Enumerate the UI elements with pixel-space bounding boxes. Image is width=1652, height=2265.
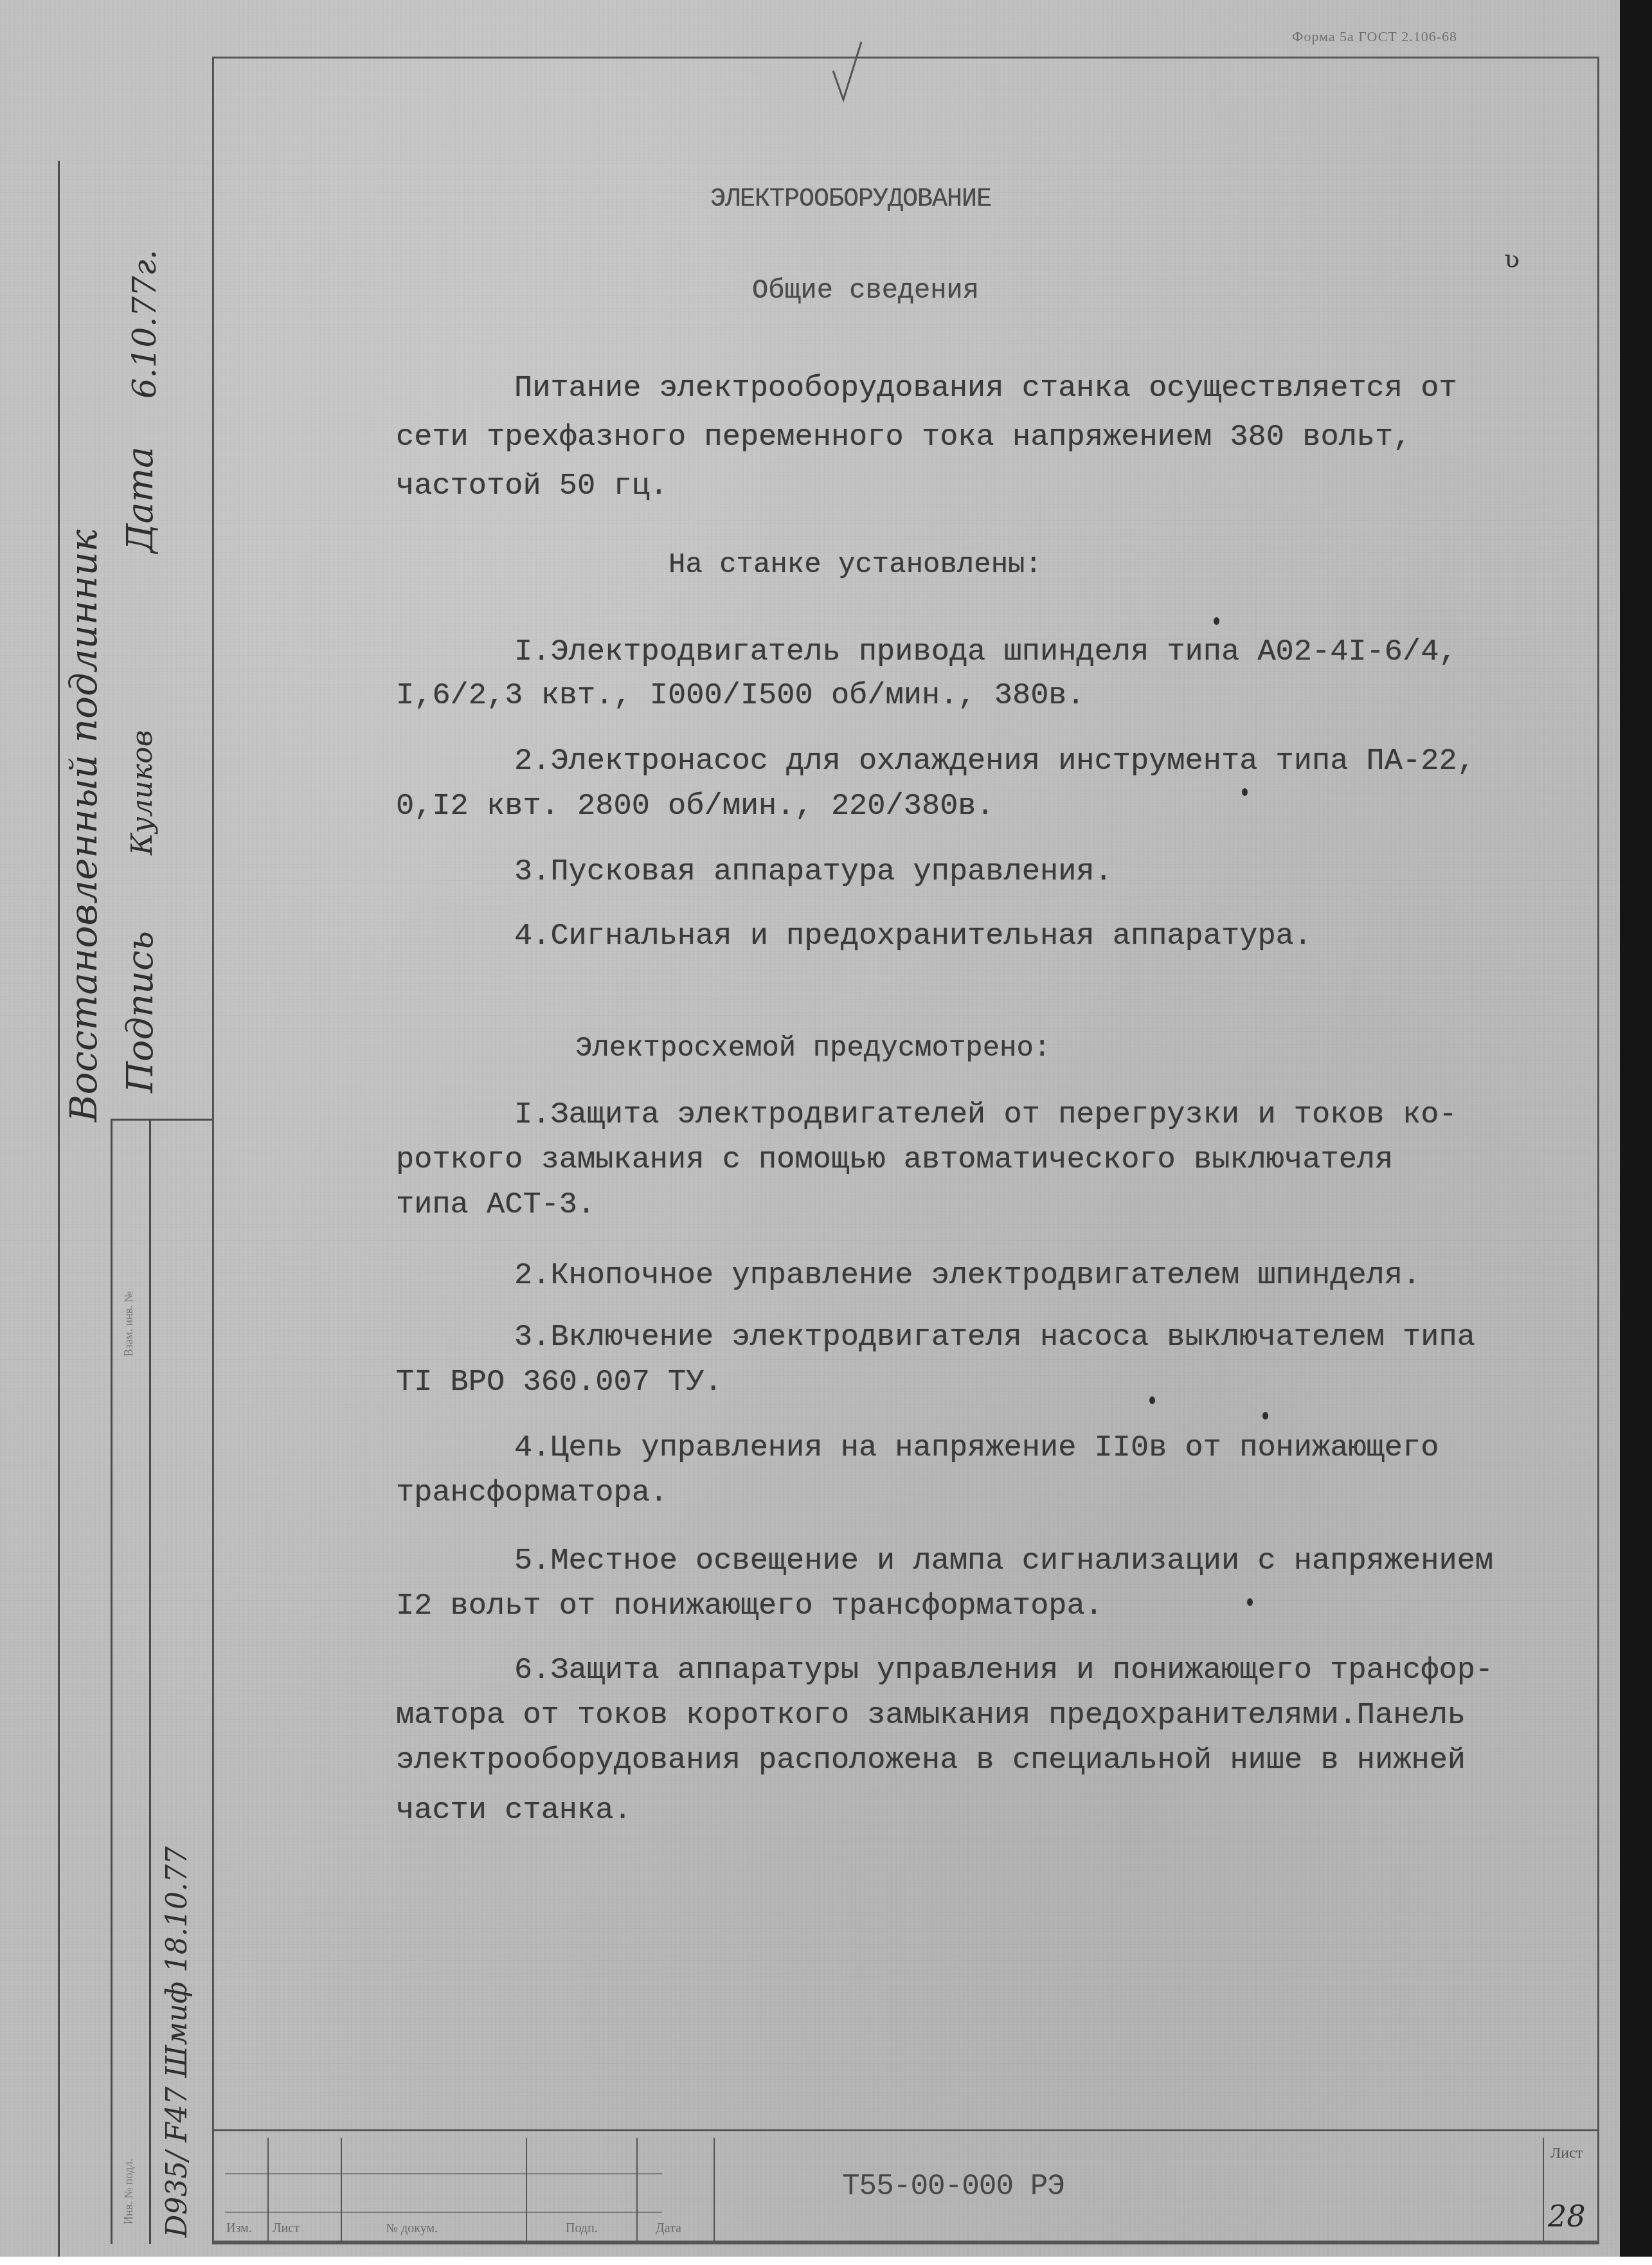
column-label-doc-number: № докум. — [386, 2221, 438, 2236]
scheme-item-4-line-1: 4.Цепь управления на напряжение II0в от … — [514, 1431, 1439, 1465]
inventory-signature: D935/ F47 Шмиф 18.10.77 — [161, 1846, 193, 2237]
scheme-item-1-line-2: роткого замыкания с помощью автоматическ… — [396, 1143, 1393, 1177]
scheme-item-5-line-1: 5.Местное освещение и лампа сигнализации… — [514, 1544, 1493, 1578]
ink-speck — [1262, 1412, 1268, 1420]
column-label-change: Изм. — [226, 2221, 252, 2236]
title-block-row-divider — [225, 2173, 662, 2174]
title-block-col-divider — [267, 2138, 269, 2241]
title-block-col-divider — [636, 2138, 638, 2241]
intro-line-2: сети трехфазного переменного тока напряж… — [396, 420, 1411, 455]
title-block-col-divider — [1543, 2138, 1544, 2241]
signature-label: Подпись — [120, 931, 161, 1093]
scheme-item-3-line-2: TI ВРО 360.007 ТУ. — [396, 1366, 723, 1400]
installed-item-2-line-1: 2.Электронасос для охлаждения инструмент… — [514, 744, 1475, 779]
installed-item-1-line-2: I,6/2,3 квт., I000/I500 об/мин., 380в. — [396, 679, 1085, 713]
date-value: 6.10.77г. — [126, 249, 163, 399]
strip-border-outer — [58, 161, 60, 2257]
date-label: Дата — [120, 447, 161, 553]
installed-item-2-line-2: 0,I2 квт. 2800 об/мин., 220/380в. — [396, 790, 994, 824]
title-block-bottom-border — [212, 2242, 1599, 2244]
sheet-label: Лист — [1550, 2145, 1583, 2162]
signature-name: Куликов — [126, 730, 159, 855]
installed-heading: На станке установлены: — [669, 549, 1042, 581]
scheme-item-6-line-4: части станка. — [396, 1794, 632, 1828]
intro-line-1: Питание электрооборудования станка осуще… — [514, 372, 1457, 406]
column-label-signature: Подп. — [566, 2221, 598, 2236]
scan-edge — [1620, 0, 1652, 2257]
page-title: ЭЛЕКТРООБОРУДОВАНИЕ — [710, 185, 991, 214]
scheme-item-6-line-2: матора от токов короткого замыкания пред… — [396, 1699, 1466, 1733]
restored-original-note: Восстановленный подлинник — [62, 530, 105, 1122]
scheme-heading: Электросхемой предусмотрено: — [575, 1033, 1050, 1065]
column-label-date: Дата — [656, 2221, 681, 2236]
document-code: Т55-00-000 РЭ — [842, 2170, 1064, 2203]
installed-item-4: 4.Сигнальная и предохранительная аппарат… — [514, 919, 1312, 953]
scheme-item-4-line-2: трансформатора. — [396, 1476, 668, 1510]
strip-label-upper: Взам. инв. № — [122, 1292, 136, 1357]
title-block-col-divider — [526, 2138, 527, 2241]
check-mark-icon — [829, 39, 868, 103]
ink-speck — [1247, 1598, 1253, 1606]
strip-label-lower: Инв. № подл. — [122, 2158, 136, 2224]
scheme-item-1-line-1: I.Защита электродвигателей от перегрузки… — [514, 1098, 1457, 1132]
ink-speck — [1149, 1396, 1155, 1404]
scheme-item-2: 2.Кнопочное управление электродвигателем… — [514, 1259, 1421, 1293]
scheme-item-3-line-1: 3.Включение электродвигателя насоса выкл… — [514, 1321, 1475, 1355]
corner-mark: ʋ — [1504, 244, 1520, 274]
document-sheet: Форма 5а ГОСТ 2.106-68 ʋ ЭЛЕКТРООБОРУДОВ… — [0, 0, 1620, 2257]
strip-border-inner-2 — [149, 1119, 151, 2244]
column-label-sheet: Лист — [273, 2221, 300, 2236]
installed-item-3: 3.Пусковая аппаратура управления. — [514, 855, 1113, 889]
page-subtitle: Общие сведения — [752, 275, 979, 306]
title-block-col-divider — [341, 2138, 342, 2241]
intro-line-3: частотой 50 гц. — [396, 469, 668, 503]
ink-speck — [1214, 617, 1219, 625]
installed-item-1-line-1: I.Электродвигатель привода шпинделя типа… — [514, 635, 1457, 669]
scheme-item-5-line-2: I2 вольт от понижающего трансформатора. — [396, 1589, 1103, 1623]
title-block-row-divider — [225, 2212, 662, 2213]
form-stamp: Форма 5а ГОСТ 2.106-68 — [1292, 28, 1457, 45]
sheet-number: 28 — [1548, 2199, 1586, 2233]
title-block-col-divider — [714, 2138, 715, 2241]
scheme-item-6-line-1: 6.Защита аппаратуры управления и понижаю… — [514, 1654, 1493, 1688]
strip-border-inner — [111, 1119, 112, 2244]
scheme-item-1-line-3: типа АСТ-3. — [396, 1188, 595, 1222]
ink-speck — [1242, 788, 1248, 796]
title-block-top-border — [212, 2129, 1599, 2131]
strip-top-border — [111, 1119, 212, 1121]
scheme-item-6-line-3: электрооборудования расположена в специа… — [396, 1744, 1466, 1778]
